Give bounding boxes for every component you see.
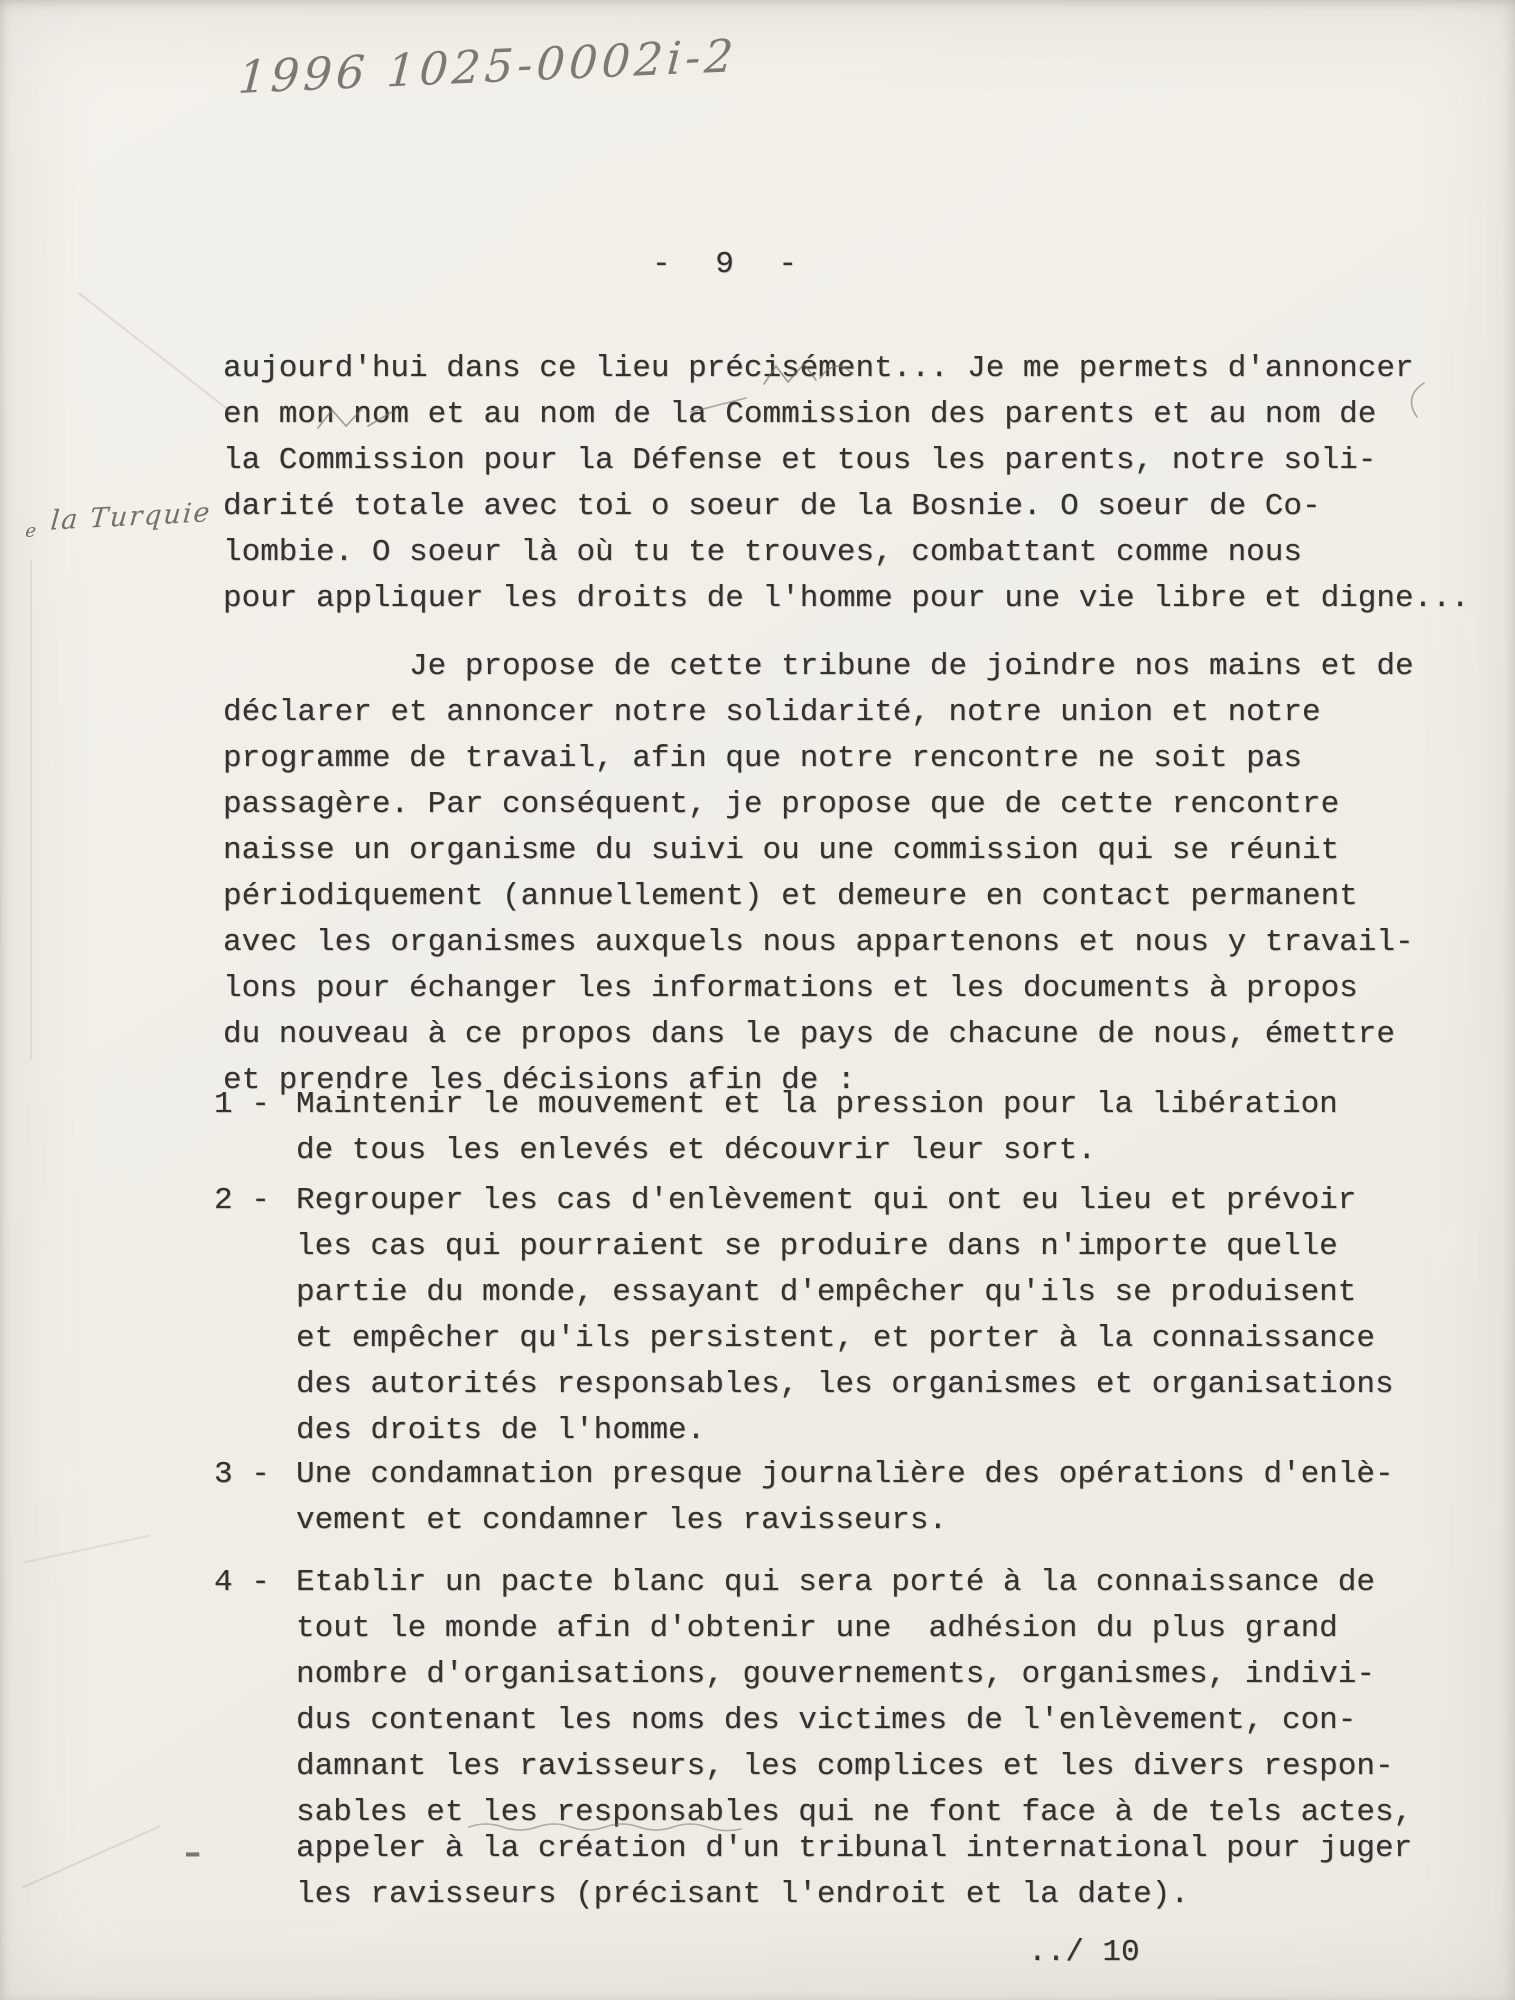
list-item-1: 1 - Maintenir le mouvement et la pressio… <box>214 1082 1338 1174</box>
text-line: naisse un organisme du suivi ou une comm… <box>223 828 1414 874</box>
footer-next-page-ref: ../ 10 <box>1028 1930 1140 1976</box>
list-item-3-number: 3 - <box>214 1452 296 1544</box>
text-line: Maintenir le mouvement et la pression po… <box>296 1082 1338 1128</box>
margin-note-lead-mark: e <box>24 520 38 542</box>
list-item-2-number: 2 - <box>214 1178 296 1454</box>
handwritten-archive-id: 1996 1025-0002i-2 <box>237 29 739 104</box>
document-page: 1996 1025-0002i-2 - 9 - ela Turquie aujo… <box>0 0 1515 2000</box>
text-line: aujourd'hui dans ce lieu précisément... … <box>223 346 1469 392</box>
text-line: lons pour échanger les informations et l… <box>223 966 1414 1012</box>
paper-crease <box>78 292 233 414</box>
text-line: appeler à la création d'un tribunal inte… <box>296 1826 1412 1872</box>
text-line: des autorités responsables, les organism… <box>296 1362 1394 1408</box>
text-line: Etablir un pacte blanc qui sera porté à … <box>296 1560 1412 1606</box>
text-line: des droits de l'homme. <box>296 1408 1394 1454</box>
text-line: tout le monde afin d'obtenir une adhésio… <box>296 1606 1412 1652</box>
text-line: dus contenant les noms des victimes de l… <box>296 1698 1412 1744</box>
list-item-2: 2 - Regrouper les cas d'enlèvement qui o… <box>214 1178 1394 1454</box>
handwritten-dash-marker: - <box>184 1830 299 1922</box>
text-line: damnant les ravisseurs, les complices et… <box>296 1744 1412 1790</box>
text-line: partie du monde, essayant d'empêcher qu'… <box>296 1270 1394 1316</box>
text-line: lombie. O soeur là où tu te trouves, com… <box>223 530 1469 576</box>
list-item-4: 4 - Etablir un pacte blanc qui sera port… <box>214 1560 1412 1836</box>
list-item-2-text: Regrouper les cas d'enlèvement qui ont e… <box>296 1178 1394 1454</box>
paper-crease <box>22 1826 160 1889</box>
list-sub-item-text: appeler à la création d'un tribunal inte… <box>296 1826 1412 1918</box>
paragraph-2: Je propose de cette tribune de joindre n… <box>223 644 1414 1104</box>
text-line: périodiquement (annuellement) et demeure… <box>223 874 1414 920</box>
text-line: la Commission pour la Défense et tous le… <box>223 438 1469 484</box>
list-item-1-number: 1 - <box>214 1082 296 1174</box>
text-line: Je propose de cette tribune de joindre n… <box>223 644 1414 690</box>
paragraph-1: aujourd'hui dans ce lieu précisément... … <box>223 346 1469 622</box>
page-number: - 9 - <box>652 242 810 288</box>
text-line: Regrouper les cas d'enlèvement qui ont e… <box>296 1178 1394 1224</box>
text-line: les cas qui pourraient se produire dans … <box>296 1224 1394 1270</box>
text-line: passagère. Par conséquent, je propose qu… <box>223 782 1414 828</box>
list-item-1-text: Maintenir le mouvement et la pression po… <box>296 1082 1338 1174</box>
text-line: du nouveau à ce propos dans le pays de c… <box>223 1012 1414 1058</box>
text-line: Une condamnation presque journalière des… <box>296 1452 1394 1498</box>
margin-note-text: la Turquie <box>49 497 212 537</box>
text-line: vement et condamner les ravisseurs. <box>296 1498 1394 1544</box>
text-line: avec les organismes auxquels nous appart… <box>223 920 1414 966</box>
text-line: programme de travail, afin que notre ren… <box>223 736 1414 782</box>
margin-note: ela Turquie <box>25 497 213 538</box>
list-item-4-number: 4 - <box>214 1560 296 1836</box>
text-line: pour appliquer les droits de l'homme pou… <box>223 576 1469 622</box>
text-line: nombre d'organisations, gouvernements, o… <box>296 1652 1412 1698</box>
list-item-3-text: Une condamnation presque journalière des… <box>296 1452 1394 1544</box>
list-sub-item-appeler: - appeler à la création d'un tribunal in… <box>214 1826 1412 1918</box>
text-line: en mon nom et au nom de la Commission de… <box>223 392 1469 438</box>
text-line: darité totale avec toi o soeur de la Bos… <box>223 484 1469 530</box>
text-line: déclarer et annoncer notre solidarité, n… <box>223 690 1414 736</box>
paper-crease <box>23 1535 151 1564</box>
text-line: de tous les enlevés et découvrir leur so… <box>296 1128 1338 1174</box>
text-line: les ravisseurs (précisant l'endroit et l… <box>296 1872 1412 1918</box>
paper-crease <box>30 560 32 1060</box>
text-line: et empêcher qu'ils persistent, et porter… <box>296 1316 1394 1362</box>
list-item-4-text: Etablir un pacte blanc qui sera porté à … <box>296 1560 1412 1836</box>
list-item-3: 3 - Une condamnation presque journalière… <box>214 1452 1394 1544</box>
